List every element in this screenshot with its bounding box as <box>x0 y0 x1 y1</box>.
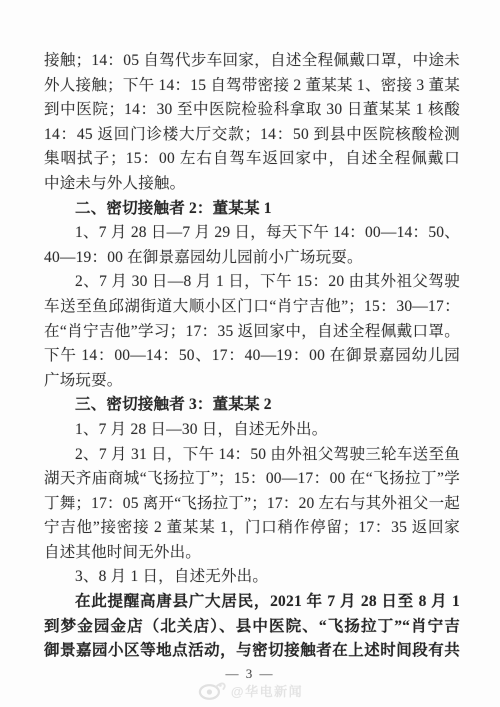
document-line: 2、7 月 30 日—8 月 1 日，下午 15：20 由其外祖父驾驶三轮 <box>44 270 460 295</box>
document-line: 湖天齐庙商城“飞扬拉丁”；15：00—17：00 在“飞扬拉丁”学习拉 <box>44 467 460 492</box>
document-line: 1、7 月 28 日—7 月 29 日，每天下午 14：00—14：50、17： <box>44 221 460 246</box>
document-line: 中途未与外人接触。 <box>44 172 460 197</box>
document-line: 宁吉他”接密接 2 董某某 1，门口稍作停留；17：35 返回家中， <box>44 516 460 541</box>
document-line: 广场玩耍。 <box>44 369 460 394</box>
document-line: 14：45 返回门诊楼大厅交款；14：50 到县中医院核酸检测点采 <box>44 123 460 148</box>
document-body: 接触；14：05 自驾代步车回家，自述全程佩戴口罩，中途未与外人接触；下午 14… <box>44 49 460 664</box>
document-line: 接触；14：05 自驾代步车回家，自述全程佩戴口罩，中途未与 <box>44 49 460 74</box>
document-line: 集咽拭子；15：00 左右自驾车返回家中，自述全程佩戴口罩， <box>44 147 460 172</box>
document-line: 车送至鱼邱湖街道大顺小区门口“肖宁吉他”；15：30—17：30 <box>44 295 460 320</box>
document-line: 到中医院；14：30 至中医院检验科拿取 30 日董某某 1 核酸结果； <box>44 98 460 123</box>
document-line: 到梦金园金店（北关店）、县中医院、“飞扬拉丁”“肖宁吉他”、 <box>44 615 460 640</box>
document-line: 在此提醒高唐县广大居民，2021 年 7 月 28 日至 8 月 1 日， <box>44 590 460 615</box>
document-line: 自述其他时间无外出。 <box>44 541 460 566</box>
weibo-icon <box>197 680 227 700</box>
watermark-text: @华电新闻 <box>231 681 303 700</box>
document-line: 二、密切接触者 2：董某某 1 <box>44 197 460 222</box>
document-line: 御景嘉园小区等地点活动，与密切接触者在上述时间段有共同行 <box>44 639 460 664</box>
document-page: 接触；14：05 自驾代步车回家，自述全程佩戴口罩，中途未与外人接触；下午 14… <box>0 0 500 707</box>
document-line: 2、7 月 31 日，下午 14：50 由外祖父驾驶三轮车送至鱼邱 <box>44 443 460 468</box>
document-line: 三、密切接触者 3：董某某 2 <box>44 393 460 418</box>
document-line: 外人接触；下午 14：15 自驾带密接 2 董某某 1、密接 3 董某某 2 <box>44 74 460 99</box>
page-footer: — 3 — @华电新闻 <box>0 666 500 682</box>
document-line: 3、8 月 1 日，自述无外出。 <box>44 565 460 590</box>
document-line: 40—19：00 在御景嘉园幼儿园前小广场玩耍。 <box>44 246 460 271</box>
document-line: 在“肖宁吉他”学习；17：35 返回家中，自述全程佩戴口罩。每天 <box>44 320 460 345</box>
document-line: 丁舞；17：05 离开“飞扬拉丁”；17：20 左右与其外祖父一起到“肖 <box>44 492 460 517</box>
document-line: 1、7 月 28 日—30 日，自述无外出。 <box>44 418 460 443</box>
watermark: @华电新闻 <box>197 680 303 700</box>
document-line: 下午 14：00—14：50、17：40—19：00 在御景嘉园幼儿园前小 <box>44 344 460 369</box>
